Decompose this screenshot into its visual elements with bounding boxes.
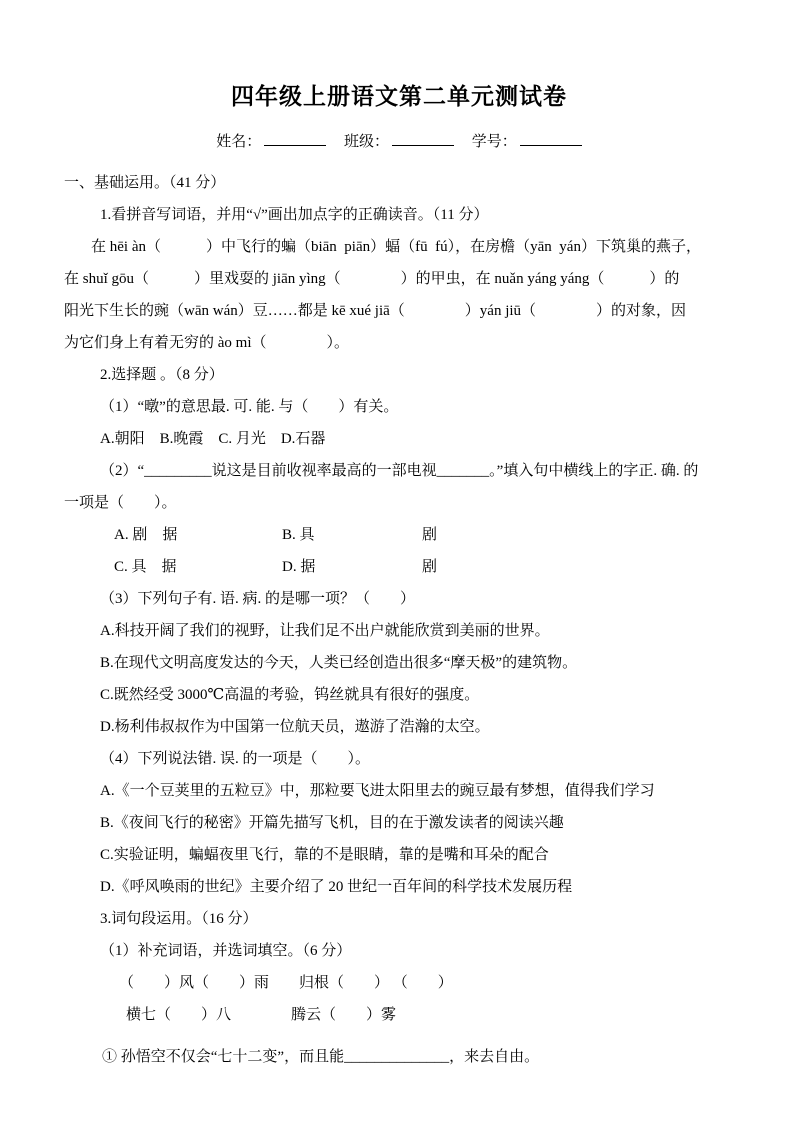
student-id-field: 学号：: [472, 134, 582, 150]
q2-2-option-d-part-2: 剧: [422, 551, 437, 583]
q2-4-stem: （4）下列说法错. 误. 的一项是（ ）。: [64, 743, 734, 775]
q1-text-line-2: 在 shuǐ gōu（ ）里戏耍的 jiān yìng（ ）的甲虫，在 nuǎn…: [64, 263, 734, 295]
q2-1-options: A.朝阳 B.晚霞 C. 月光 D.石器: [64, 423, 734, 455]
student-id-label: 学号：: [472, 134, 517, 150]
q2-2-stem-line-1: （2）“_________说这是目前收视率最高的一部电视_______。”填入句…: [64, 455, 734, 487]
student-info-row: 姓名： 班级： 学号：: [64, 129, 734, 155]
paper-body: 一、基础运用。（41 分） 1.看拼音写词语，并用“√”画出加点字的正确读音。（…: [64, 167, 734, 1073]
q2-1-stem: （1）“暾”的意思最. 可. 能. 与（ ）有关。: [64, 391, 734, 423]
name-label: 姓名：: [216, 134, 261, 150]
q2-3-option-c: C.既然经受 3000℃高温的考验，钨丝就具有很好的强度。: [64, 679, 734, 711]
q3-1-blanks-row-2: 横七（ ）八 腾云（ ）雾: [64, 999, 734, 1031]
q2-2-option-d-part-1: D. 据: [282, 551, 422, 583]
class-label: 班级：: [344, 134, 389, 150]
q2-4-option-b: B.《夜间飞行的秘密》开篇先描写飞机，目的在于激发读者的阅读兴趣: [64, 807, 734, 839]
student-id-blank: [520, 129, 582, 146]
q2-2-option-b-part-1: B. 具: [282, 519, 422, 551]
q2-2-option-b-part-2: 剧: [422, 519, 437, 551]
q2-2-option-c: C. 具 据: [114, 551, 282, 583]
q1-text-line-3: 阳光下生长的豌（wān wán）豆……都是 kē xué jiā（ ）yán j…: [64, 295, 734, 327]
section-1-heading: 一、基础运用。（41 分）: [64, 167, 734, 199]
q3-1-stem: （1）补充词语，并选词填空。（6 分）: [64, 935, 734, 967]
class-field: 班级：: [344, 134, 454, 150]
q2-2-options-row-2: C. 具 据 D. 据 剧: [64, 551, 734, 583]
q1-stem: 1.看拼音写词语，并用“√”画出加点字的正确读音。（11 分）: [64, 199, 734, 231]
q2-stem: 2.选择题 。（8 分）: [64, 359, 734, 391]
test-paper-page: 四年级上册语文第二单元测试卷 姓名： 班级： 学号： 一、基础运用。（41 分）…: [0, 0, 794, 1123]
q2-4-option-a: A.《一个豆荚里的五粒豆》中，那粒要飞进太阳里去的豌豆最有梦想，值得我们学习: [64, 775, 734, 807]
q2-4-option-d: D.《呼风唤雨的世纪》主要介绍了 20 世纪一百年间的科学技术发展历程: [64, 871, 734, 903]
q1-text-line-4: 为它们身上有着无穷的 ào mì（ ）。: [64, 327, 734, 359]
page-title: 四年级上册语文第二单元测试卷: [64, 80, 734, 114]
q2-4-option-c: C.实验证明，蝙蝠夜里飞行，靠的不是眼睛，靠的是嘴和耳朵的配合: [64, 839, 734, 871]
q2-2-options-row-1: A. 剧 据 B. 具 剧: [64, 519, 734, 551]
q2-2-stem-line-2: 一项是（ ）。: [64, 487, 734, 519]
q2-3-option-a: A.科技开阔了我们的视野，让我们足不出户就能欣赏到美丽的世界。: [64, 615, 734, 647]
name-blank: [264, 129, 326, 146]
q2-2-option-a: A. 剧 据: [114, 519, 282, 551]
q2-3-option-d: D.杨利伟叔叔作为中国第一位航天员，遨游了浩瀚的太空。: [64, 711, 734, 743]
q3-stem: 3.词句段运用。（16 分）: [64, 903, 734, 935]
class-blank: [392, 129, 454, 146]
q3-1-item-1: ① 孙悟空不仅会“七十二变”，而且能______________，来去自由。: [64, 1041, 734, 1073]
q1-text-line-1: 在 hēi àn（ ）中飞行的蝙（biān piān）蝠（fū fú），在房檐（…: [64, 231, 734, 263]
q3-1-blanks-row-1: （ ）风（ ）雨 归根（ ） （ ）: [64, 967, 734, 999]
q2-3-stem: （3）下列句子有. 语. 病. 的是哪一项？（ ）: [64, 583, 734, 615]
q2-3-option-b: B.在现代文明高度发达的今天，人类已经创造出很多“摩天极”的建筑物。: [64, 647, 734, 679]
name-field: 姓名：: [216, 134, 326, 150]
